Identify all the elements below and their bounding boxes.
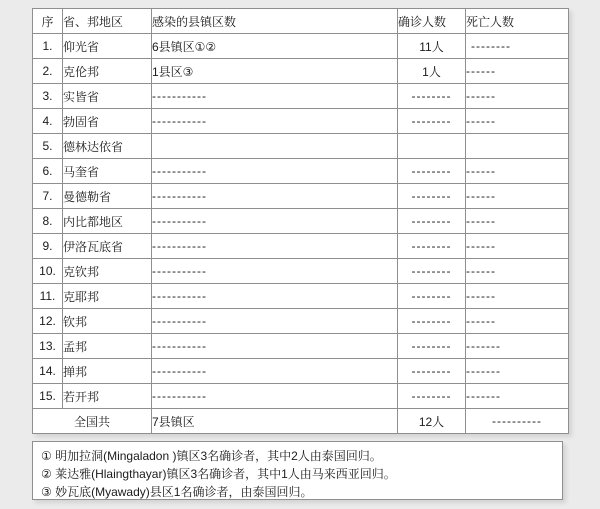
region-name: 钦邦	[63, 309, 152, 334]
table-row: 9. 伊洛瓦底省 ----------- -------- ------	[33, 234, 569, 259]
region-name: 掸邦	[63, 359, 152, 384]
row-number: 9.	[33, 234, 63, 259]
header-region: 省、邦地区	[63, 9, 152, 34]
region-name: 曼德勒省	[63, 184, 152, 209]
townships-cell: -----------	[152, 159, 398, 184]
table-row: 8. 内比都地区 ----------- -------- ------	[33, 209, 569, 234]
table-row: 4. 勃固省 ----------- -------- ------	[33, 109, 569, 134]
deaths-cell: -------	[466, 334, 569, 359]
region-name: 克伦邦	[63, 59, 152, 84]
table-row: 10. 克钦邦 ----------- -------- ------	[33, 259, 569, 284]
townships-cell: -----------	[152, 109, 398, 134]
total-confirmed: 12人	[398, 409, 466, 434]
row-number: 6.	[33, 159, 63, 184]
townships-cell: 6县镇区①②	[152, 34, 398, 59]
townships-cell: -----------	[152, 84, 398, 109]
footnote-1: ① 明加拉洞(Mingaladon )镇区3名确诊者，其中2人由泰国回归。	[41, 447, 554, 465]
row-number: 10.	[33, 259, 63, 284]
confirmed-cell: --------	[398, 259, 466, 284]
deaths-cell: --------	[466, 34, 569, 59]
confirmed-cell: --------	[398, 384, 466, 409]
row-number: 5.	[33, 134, 63, 159]
table-row: 15. 若开邦 ----------- -------- -------	[33, 384, 569, 409]
confirmed-cell: --------	[398, 159, 466, 184]
townships-cell	[152, 134, 398, 159]
total-deaths: ----------	[466, 409, 569, 434]
deaths-cell: ------	[466, 209, 569, 234]
region-name: 勃固省	[63, 109, 152, 134]
footnote-2: ② 莱达雅(Hlaingthayar)镇区3名确诊者，其中1人由马来西亚回归。	[41, 465, 554, 483]
deaths-cell: ------	[466, 309, 569, 334]
confirmed-cell: --------	[398, 84, 466, 109]
townships-cell: 1县区③	[152, 59, 398, 84]
table-row: 14. 掸邦 ----------- -------- -------	[33, 359, 569, 384]
total-townships: 7县镇区	[152, 409, 398, 434]
table-total-row: 全国共 7县镇区 12人 ----------	[33, 409, 569, 434]
deaths-cell: ------	[466, 59, 569, 84]
confirmed-cell: --------	[398, 109, 466, 134]
region-name: 实皆省	[63, 84, 152, 109]
region-name: 仰光省	[63, 34, 152, 59]
townships-cell: -----------	[152, 209, 398, 234]
row-number: 12.	[33, 309, 63, 334]
confirmed-cell: 11人	[398, 34, 466, 59]
header-townships: 感染的县镇区数	[152, 9, 398, 34]
deaths-cell: ------	[466, 234, 569, 259]
row-number: 14.	[33, 359, 63, 384]
region-name: 马奎省	[63, 159, 152, 184]
confirmed-cell: --------	[398, 334, 466, 359]
row-number: 1.	[33, 34, 63, 59]
table-row: 7. 曼德勒省 ----------- -------- ------	[33, 184, 569, 209]
row-number: 7.	[33, 184, 63, 209]
header-no: 序	[33, 9, 63, 34]
confirmed-cell: --------	[398, 234, 466, 259]
deaths-cell: ------	[466, 259, 569, 284]
region-name: 若开邦	[63, 384, 152, 409]
townships-cell: -----------	[152, 184, 398, 209]
row-number: 13.	[33, 334, 63, 359]
townships-cell: -----------	[152, 359, 398, 384]
townships-cell: -----------	[152, 384, 398, 409]
row-number: 3.	[33, 84, 63, 109]
row-number: 8.	[33, 209, 63, 234]
table-row: 1. 仰光省 6县镇区①② 11人 --------	[33, 34, 569, 59]
row-number: 15.	[33, 384, 63, 409]
table-row: 12. 钦邦 ----------- -------- ------	[33, 309, 569, 334]
deaths-cell: ------	[466, 84, 569, 109]
region-name: 德林达依省	[63, 134, 152, 159]
region-name: 孟邦	[63, 334, 152, 359]
table-row: 2. 克伦邦 1县区③ 1人 ------	[33, 59, 569, 84]
row-number: 11.	[33, 284, 63, 309]
region-name: 克耶邦	[63, 284, 152, 309]
townships-cell: -----------	[152, 284, 398, 309]
confirmed-cell: --------	[398, 184, 466, 209]
deaths-cell: ------	[466, 284, 569, 309]
row-number: 4.	[33, 109, 63, 134]
confirmed-cell	[398, 134, 466, 159]
table-row: 6. 马奎省 ----------- -------- ------	[33, 159, 569, 184]
townships-cell: -----------	[152, 309, 398, 334]
region-name: 伊洛瓦底省	[63, 234, 152, 259]
header-confirmed: 确诊人数	[398, 9, 466, 34]
table-row: 13. 孟邦 ----------- -------- -------	[33, 334, 569, 359]
deaths-cell: -------	[466, 384, 569, 409]
confirmed-cell: 1人	[398, 59, 466, 84]
region-name: 内比都地区	[63, 209, 152, 234]
confirmed-cell: --------	[398, 359, 466, 384]
row-number: 2.	[33, 59, 63, 84]
confirmed-cell: --------	[398, 284, 466, 309]
page-background: 序 省、邦地区 感染的县镇区数 确诊人数 死亡人数 1. 仰光省 6县镇区①② …	[0, 0, 600, 509]
confirmed-cell: --------	[398, 309, 466, 334]
table-row: 5. 德林达依省	[33, 134, 569, 159]
table-row: 11. 克耶邦 ----------- -------- ------	[33, 284, 569, 309]
townships-cell: -----------	[152, 334, 398, 359]
table-row: 3. 实皆省 ----------- -------- ------	[33, 84, 569, 109]
footnote-3: ③ 妙瓦底(Myawady)县区1名确诊者，由泰国回归。	[41, 483, 554, 501]
deaths-cell: ------	[466, 159, 569, 184]
footnotes-box: ① 明加拉洞(Mingaladon )镇区3名确诊者，其中2人由泰国回归。 ② …	[32, 441, 563, 500]
townships-cell: -----------	[152, 259, 398, 284]
deaths-cell	[466, 134, 569, 159]
table-header-row: 序 省、邦地区 感染的县镇区数 确诊人数 死亡人数	[33, 9, 569, 34]
cases-table: 序 省、邦地区 感染的县镇区数 确诊人数 死亡人数 1. 仰光省 6县镇区①② …	[32, 8, 569, 434]
deaths-cell: ------	[466, 184, 569, 209]
region-name: 克钦邦	[63, 259, 152, 284]
deaths-cell: ------	[466, 109, 569, 134]
deaths-cell: -------	[466, 359, 569, 384]
total-label: 全国共	[33, 409, 152, 434]
townships-cell: -----------	[152, 234, 398, 259]
header-deaths: 死亡人数	[466, 9, 569, 34]
confirmed-cell: --------	[398, 209, 466, 234]
